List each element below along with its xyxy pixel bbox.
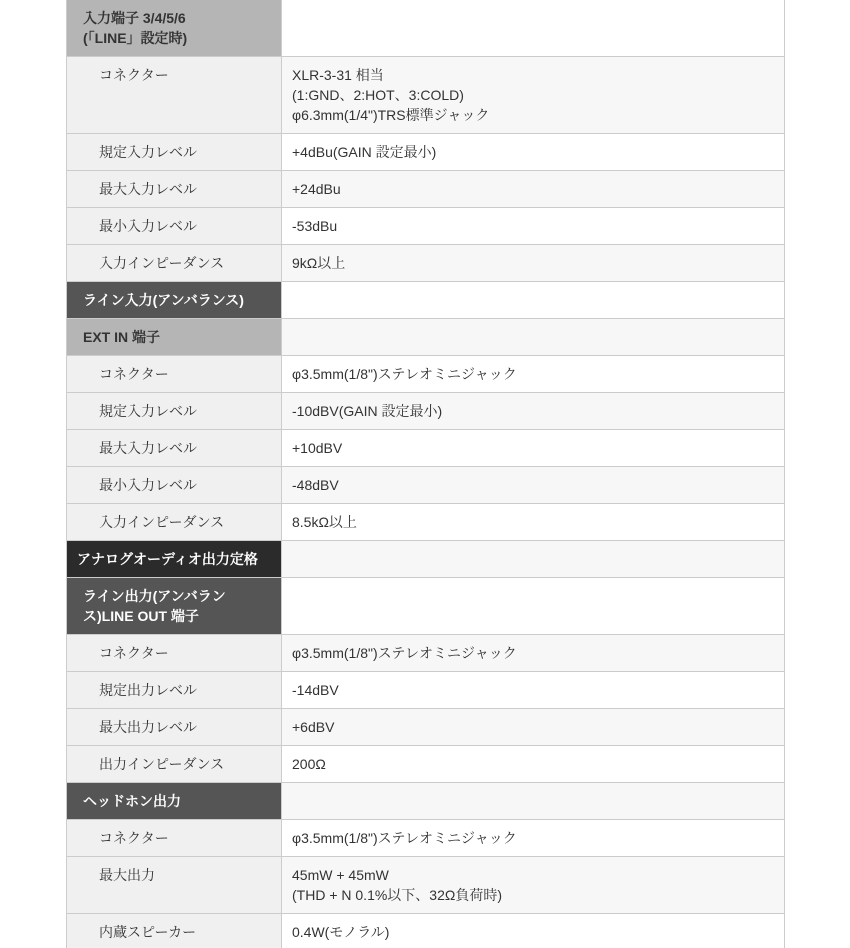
section-header-row: EXT IN 端子 xyxy=(67,319,785,356)
spec-row: 最大出力レベル +6dBV xyxy=(67,709,785,746)
spec-row: 最小入力レベル -53dBu xyxy=(67,208,785,245)
section-header-row: ライン出力(アンバラン ス)LINE OUT 端子 xyxy=(67,578,785,635)
spec-value: -48dBV xyxy=(282,467,785,504)
section-header-label: ライン入力(アンバランス) xyxy=(67,282,282,319)
spec-row: 入力インピーダンス 9kΩ以上 xyxy=(67,245,785,282)
spec-value: φ3.5mm(1/8")ステレオミニジャック xyxy=(282,820,785,857)
spec-row: コネクター XLR-3-31 相当 (1:GND、2:HOT、3:COLD) φ… xyxy=(67,57,785,134)
section-header-row: ライン入力(アンバランス) xyxy=(67,282,785,319)
spec-label: 最大入力レベル xyxy=(67,430,282,467)
spec-value: 0.4W(モノラル) xyxy=(282,914,785,948)
spec-value: -10dBV(GAIN 設定最小) xyxy=(282,393,785,430)
spec-page: 入力端子 3/4/5/6 (「LINE」設定時) コネクター XLR-3-31 … xyxy=(0,0,850,948)
spec-row: 入力インピーダンス 8.5kΩ以上 xyxy=(67,504,785,541)
section-header-label: 入力端子 3/4/5/6 (「LINE」設定時) xyxy=(67,0,282,57)
spec-row: 最大出力 45mW + 45mW (THD + N 0.1%以下、32Ω負荷時) xyxy=(67,857,785,914)
spec-value: -14dBV xyxy=(282,672,785,709)
spec-value: 8.5kΩ以上 xyxy=(282,504,785,541)
section-header-spacer xyxy=(282,578,785,635)
spec-row: 規定入力レベル +4dBu(GAIN 設定最小) xyxy=(67,134,785,171)
spec-value: +4dBu(GAIN 設定最小) xyxy=(282,134,785,171)
spec-value: +6dBV xyxy=(282,709,785,746)
spec-label: 最小入力レベル xyxy=(67,208,282,245)
spec-row: コネクター φ3.5mm(1/8")ステレオミニジャック xyxy=(67,635,785,672)
spec-value: +24dBu xyxy=(282,171,785,208)
spec-row: 出力インピーダンス 200Ω xyxy=(67,746,785,783)
section-header-label: ライン出力(アンバラン ス)LINE OUT 端子 xyxy=(67,578,282,635)
spec-label: 規定出力レベル xyxy=(67,672,282,709)
spec-row: 内蔵スピーカー 0.4W(モノラル) xyxy=(67,914,785,948)
spec-value: XLR-3-31 相当 (1:GND、2:HOT、3:COLD) φ6.3mm(… xyxy=(282,57,785,134)
section-header-label: ヘッドホン出力 xyxy=(67,783,282,820)
spec-row: 最小入力レベル -48dBV xyxy=(67,467,785,504)
section-header-label: アナログオーディオ出力定格 xyxy=(67,541,282,578)
spec-label: 入力インピーダンス xyxy=(67,504,282,541)
spec-value: -53dBu xyxy=(282,208,785,245)
spec-value: 9kΩ以上 xyxy=(282,245,785,282)
spec-table-body: 入力端子 3/4/5/6 (「LINE」設定時) コネクター XLR-3-31 … xyxy=(67,0,785,948)
section-header-spacer xyxy=(282,319,785,356)
section-header-row: 入力端子 3/4/5/6 (「LINE」設定時) xyxy=(67,0,785,57)
spec-value: +10dBV xyxy=(282,430,785,467)
section-header-spacer xyxy=(282,0,785,57)
spec-value: 200Ω xyxy=(282,746,785,783)
spec-row: 最大入力レベル +24dBu xyxy=(67,171,785,208)
spec-value: 45mW + 45mW (THD + N 0.1%以下、32Ω負荷時) xyxy=(282,857,785,914)
spec-label: 最大出力レベル xyxy=(67,709,282,746)
section-header-spacer xyxy=(282,282,785,319)
section-header-label: EXT IN 端子 xyxy=(67,319,282,356)
spec-row: 最大入力レベル +10dBV xyxy=(67,430,785,467)
spec-label: 入力インピーダンス xyxy=(67,245,282,282)
spec-label: 規定入力レベル xyxy=(67,134,282,171)
spec-row: コネクター φ3.5mm(1/8")ステレオミニジャック xyxy=(67,356,785,393)
spec-label: コネクター xyxy=(67,635,282,672)
spec-label: 規定入力レベル xyxy=(67,393,282,430)
spec-label: コネクター xyxy=(67,57,282,134)
section-header-row: アナログオーディオ出力定格 xyxy=(67,541,785,578)
spec-label: コネクター xyxy=(67,820,282,857)
spec-label: 内蔵スピーカー xyxy=(67,914,282,948)
spec-row: 規定入力レベル -10dBV(GAIN 設定最小) xyxy=(67,393,785,430)
spec-label: コネクター xyxy=(67,356,282,393)
spec-label: 最大入力レベル xyxy=(67,171,282,208)
spec-row: 規定出力レベル -14dBV xyxy=(67,672,785,709)
section-header-spacer xyxy=(282,541,785,578)
spec-label: 最小入力レベル xyxy=(67,467,282,504)
spec-label: 最大出力 xyxy=(67,857,282,914)
spec-row: コネクター φ3.5mm(1/8")ステレオミニジャック xyxy=(67,820,785,857)
spec-value: φ3.5mm(1/8")ステレオミニジャック xyxy=(282,356,785,393)
spec-label: 出力インピーダンス xyxy=(67,746,282,783)
spec-value: φ3.5mm(1/8")ステレオミニジャック xyxy=(282,635,785,672)
spec-table: 入力端子 3/4/5/6 (「LINE」設定時) コネクター XLR-3-31 … xyxy=(66,0,785,948)
section-header-spacer xyxy=(282,783,785,820)
section-header-row: ヘッドホン出力 xyxy=(67,783,785,820)
